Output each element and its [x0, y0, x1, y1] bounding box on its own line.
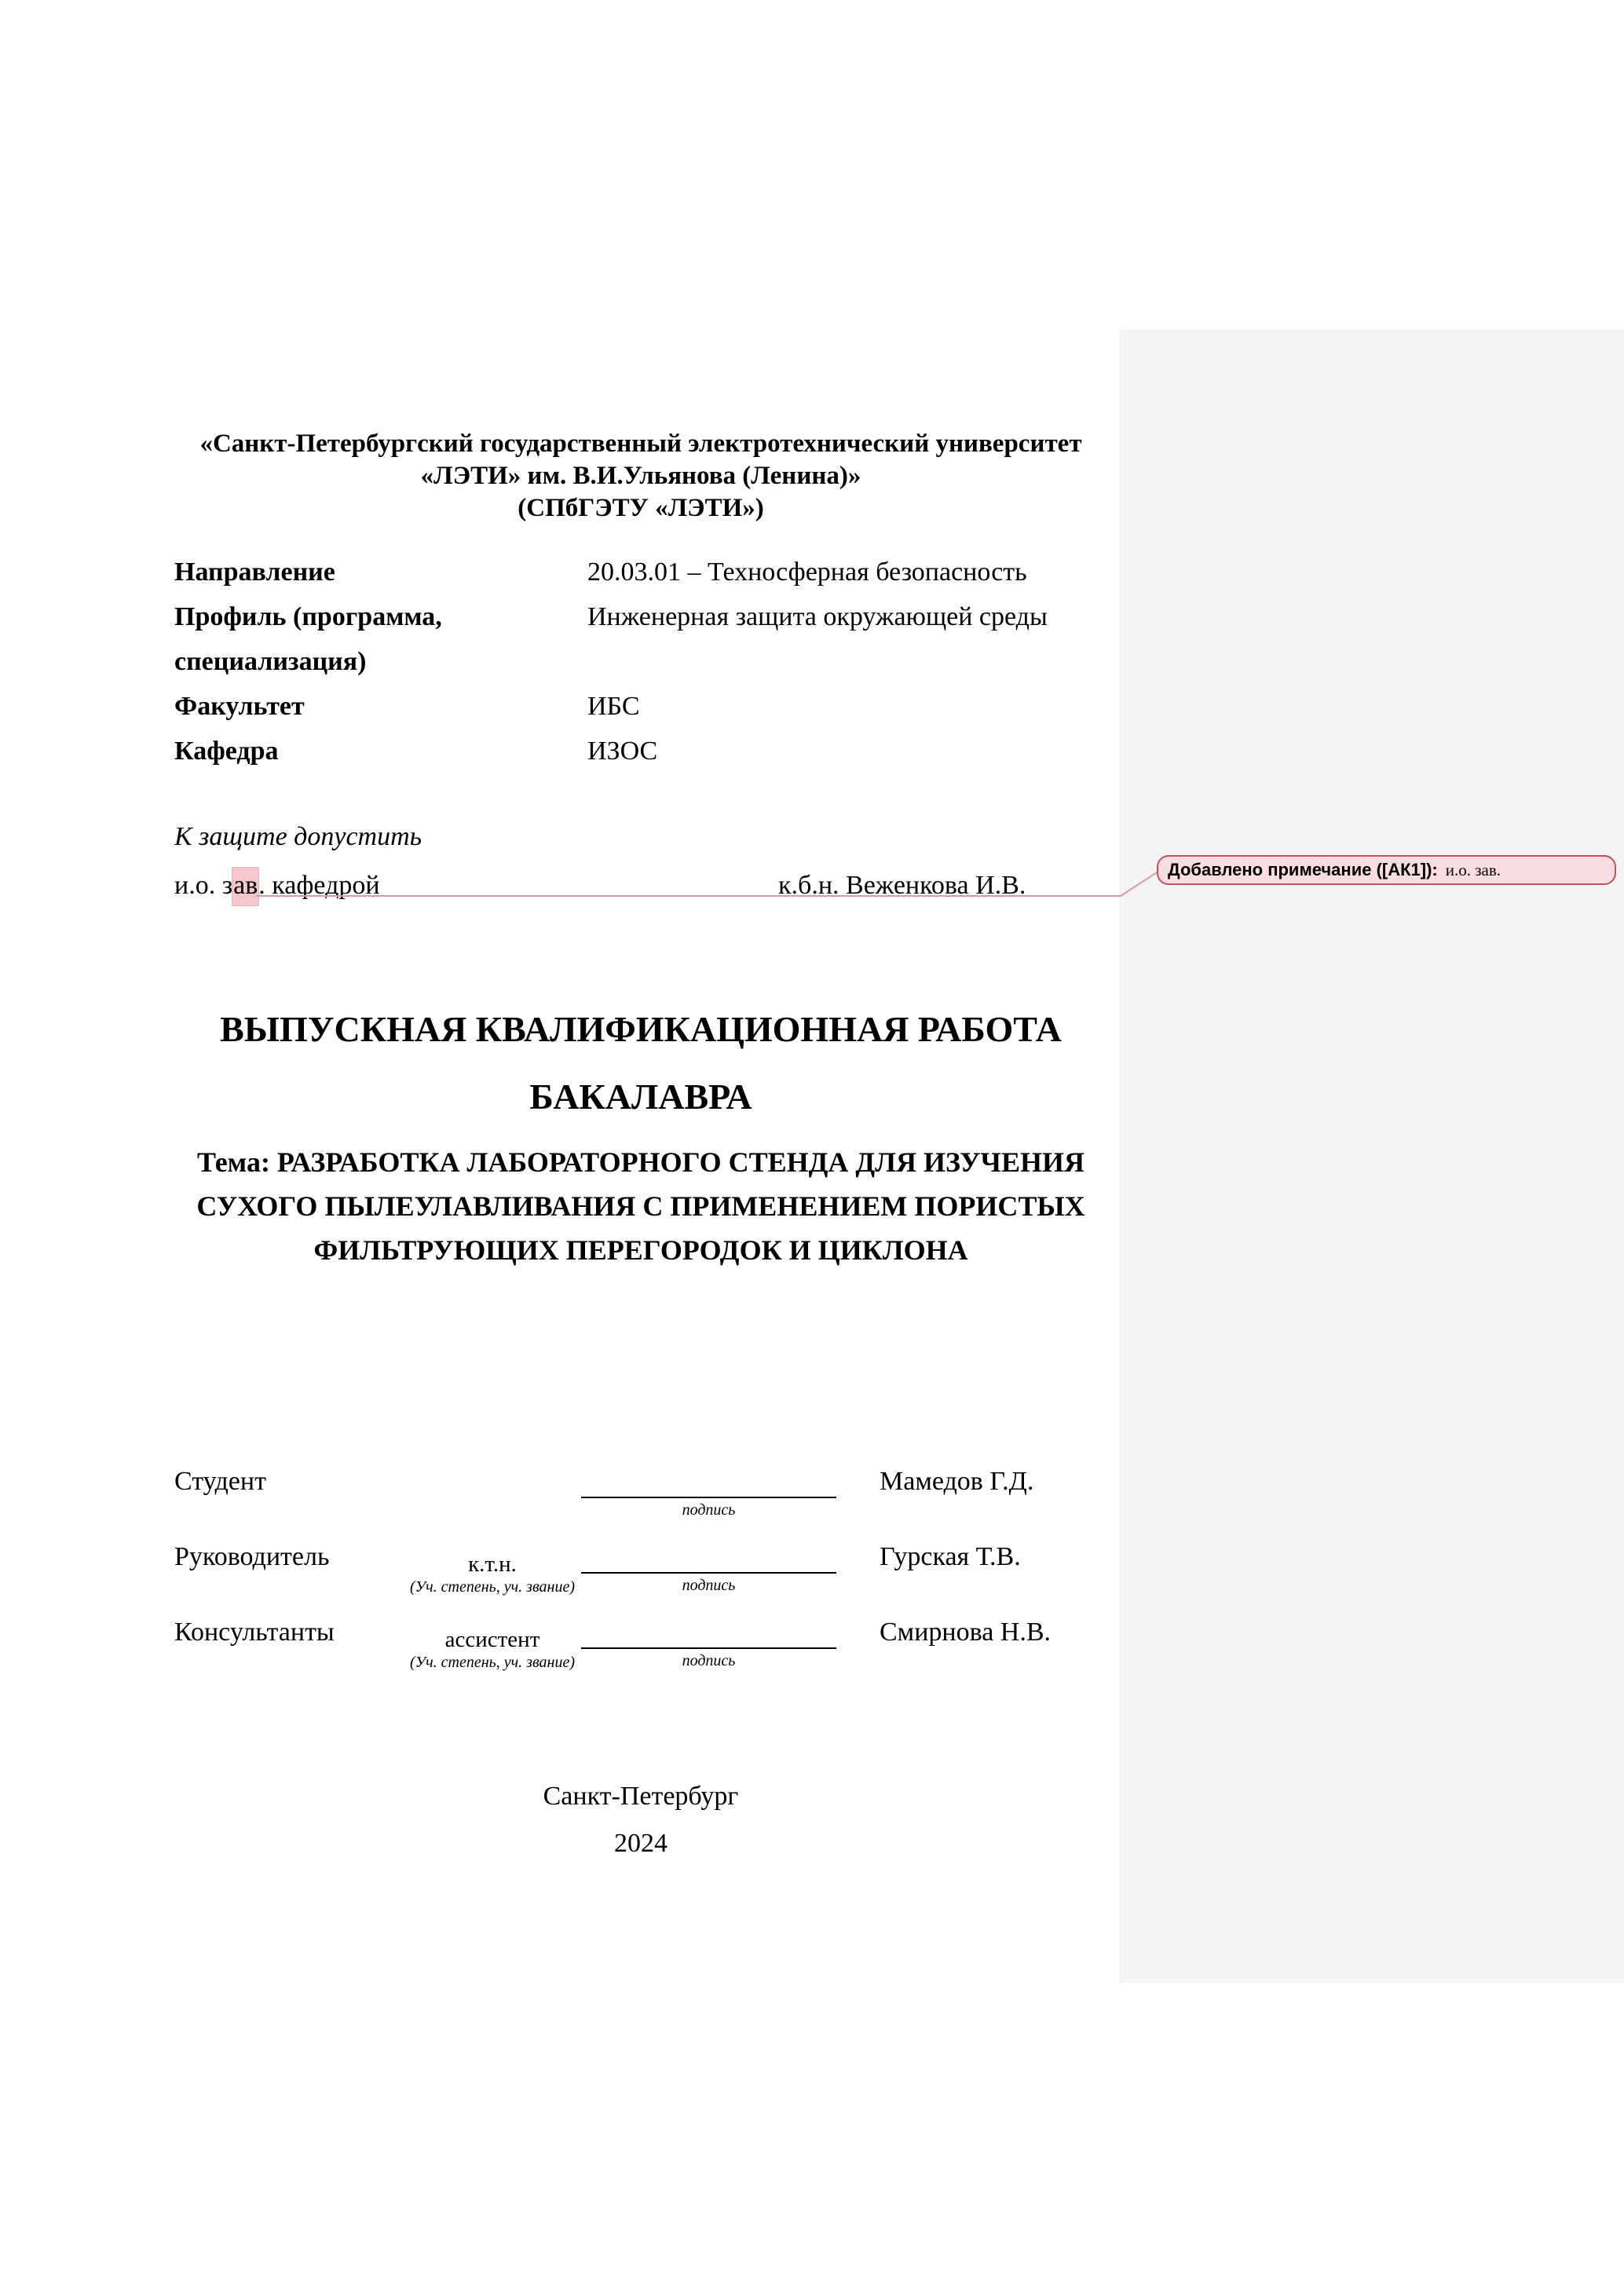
signature-line-caption: подпись — [581, 1501, 836, 1519]
signature-role: Студент — [174, 1467, 266, 1497]
thesis-topic-line2: СУХОГО ПЫЛЕУЛАВЛИВАНИЯ С ПРИМЕНЕНИЕМ ПОР… — [174, 1184, 1107, 1228]
signature-line-caption: подпись — [581, 1577, 836, 1595]
field-label: Кафедра — [174, 737, 278, 766]
signature-row-student: Студент подпись Мамедов Г.Д. — [174, 1467, 1107, 1534]
footer-year: 2024 — [174, 1820, 1107, 1867]
university-header-line3: (СПбГЭТУ «ЛЭТИ») — [174, 492, 1107, 525]
field-label: Направление — [174, 558, 335, 587]
thesis-topic-line1: Тема: РАЗРАБОТКА ЛАБОРАТОРНОГО СТЕНДА ДЛ… — [174, 1140, 1107, 1184]
signature-degree: ассистент — [394, 1627, 591, 1653]
field-value: ИЗОС — [587, 737, 657, 766]
field-row-faculty: Факультет ИБС — [174, 692, 1107, 737]
thesis-topic-line3: ФИЛЬТРУЮЩИХ ПЕРЕГОРОДОК И ЦИКЛОНА — [174, 1228, 1107, 1272]
signature-line — [581, 1497, 836, 1498]
thesis-topic: Тема: РАЗРАБОТКА ЛАБОРАТОРНОГО СТЕНДА ДЛ… — [174, 1140, 1107, 1272]
document-title: ВЫПУСКНАЯ КВАЛИФИКАЦИОННАЯ РАБОТА БАКАЛА… — [174, 996, 1107, 1131]
comment-text: и.о. зав. — [1446, 861, 1501, 880]
signature-row-supervisor: Руководитель к.т.н. (Уч. степень, уч. зв… — [174, 1542, 1107, 1610]
comment-label: Добавлено примечание ([АК1]): — [1168, 860, 1438, 880]
signee-name: Мамедов Г.Д. — [880, 1467, 1033, 1497]
comment-connector-line — [256, 895, 1121, 897]
field-value: ИБС — [587, 692, 640, 722]
field-label: специализация) — [174, 647, 366, 676]
signature-role: Руководитель — [174, 1542, 329, 1572]
footer: Санкт-Петербург 2024 — [174, 1773, 1107, 1867]
field-row-direction: Направление 20.03.01 – Техносферная безо… — [174, 558, 1107, 602]
document-page: «Санкт-Петербургский государственный эле… — [0, 0, 1624, 2296]
signature-line-caption: подпись — [581, 1652, 836, 1670]
footer-city: Санкт-Петербург — [174, 1773, 1107, 1820]
field-row-department: Кафедра ИЗОС — [174, 737, 1107, 781]
signature-line — [581, 1647, 836, 1649]
signature-degree: к.т.н. — [394, 1552, 591, 1578]
document-title-line1: ВЫПУСКНАЯ КВАЛИФИКАЦИОННАЯ РАБОТА — [174, 996, 1107, 1063]
signature-role: Консультанты — [174, 1618, 335, 1647]
admission-role-prefix: и.о. з — [174, 871, 232, 900]
field-row-profile: Профиль (программа, Инженерная защита ок… — [174, 602, 1107, 647]
university-header-line2: «ЛЭТИ» им. В.И.Ульянова (Ленина)» — [174, 460, 1107, 492]
signature-line — [581, 1572, 836, 1574]
university-header-line1: «Санкт-Петербургский государственный эле… — [174, 428, 1107, 460]
signee-name: Гурская Т.В. — [880, 1542, 1021, 1572]
field-label: Факультет — [174, 692, 305, 721]
signature-row-consultants: Консультанты ассистент (Уч. степень, уч.… — [174, 1618, 1107, 1685]
comment-markup-area — [1119, 330, 1624, 1983]
commented-text-highlight[interactable]: ав — [232, 868, 258, 905]
program-fields: Направление 20.03.01 – Техносферная безо… — [174, 558, 1107, 781]
admission-note: К защите допустить — [174, 822, 1107, 852]
field-label: Профиль (программа, — [174, 602, 442, 631]
university-header: «Санкт-Петербургский государственный эле… — [174, 428, 1107, 525]
signee-name: Смирнова Н.В. — [880, 1618, 1051, 1647]
document-title-line2: БАКАЛАВРА — [174, 1063, 1107, 1131]
field-value: 20.03.01 – Техносферная безопасность — [587, 558, 1027, 587]
field-value: Инженерная защита окружающей среды — [587, 602, 1048, 632]
field-row-specialization: специализация) — [174, 647, 1107, 692]
comment-box[interactable]: Добавлено примечание ([АК1]): и.о. зав. — [1157, 855, 1616, 885]
